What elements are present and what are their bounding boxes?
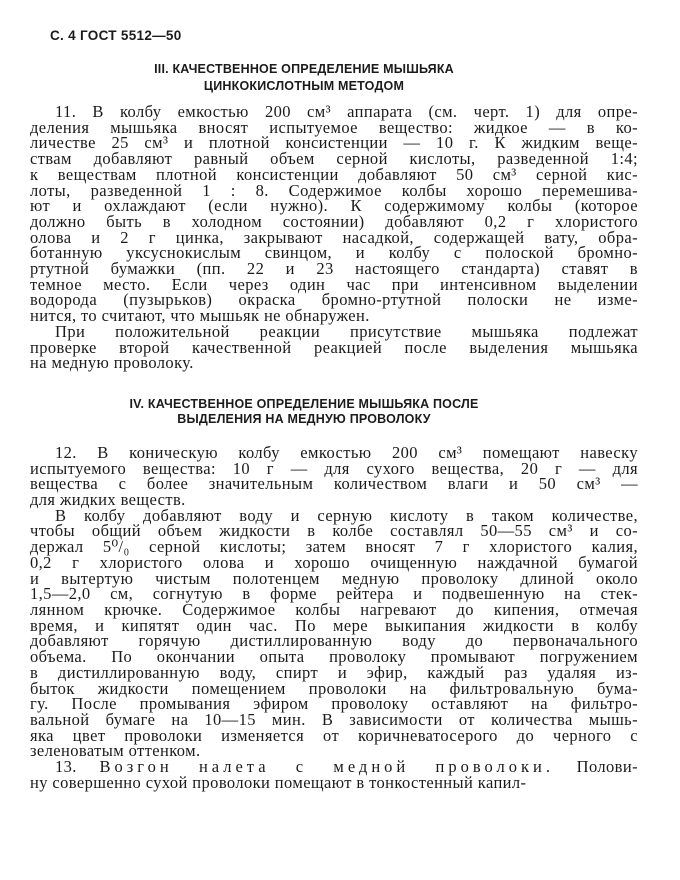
text-line: на медную проволоку. — [30, 355, 638, 371]
page-header: С. 4 ГОСТ 5512—50 — [50, 28, 182, 43]
section-iii-heading: III. КАЧЕСТВЕННОЕ ОПРЕДЕЛЕНИЕ МЫШЬЯКА ЦИ… — [30, 61, 578, 95]
section-iv-heading: IV. КАЧЕСТВЕННОЕ ОПРЕДЕЛЕНИЕ МЫШЬЯКА ПОС… — [30, 397, 578, 428]
text-run: Полови- — [554, 757, 638, 776]
section-iii-heading-line2: ЦИНКОКИСЛОТНЫМ МЕТОДОМ — [30, 78, 578, 95]
section-iv-heading-line2: ВЫДЕЛЕНИЯ НА МЕДНУЮ ПРОВОЛОКУ — [30, 412, 578, 428]
section-iv-heading-line1: IV. КАЧЕСТВЕННОЕ ОПРЕДЕЛЕНИЕ МЫШЬЯКА ПОС… — [30, 397, 578, 413]
section-iii-heading-line1: III. КАЧЕСТВЕННОЕ ОПРЕДЕЛЕНИЕ МЫШЬЯКА — [30, 61, 578, 78]
document-page: С. 4 ГОСТ 5512—50 III. КАЧЕСТВЕННОЕ ОПРЕ… — [0, 0, 680, 880]
text-column: 11. В колбу емкостью 200 см³ аппарата (с… — [30, 104, 638, 790]
text-line: ну совершенно сухой проволоки помещают в… — [30, 775, 638, 791]
